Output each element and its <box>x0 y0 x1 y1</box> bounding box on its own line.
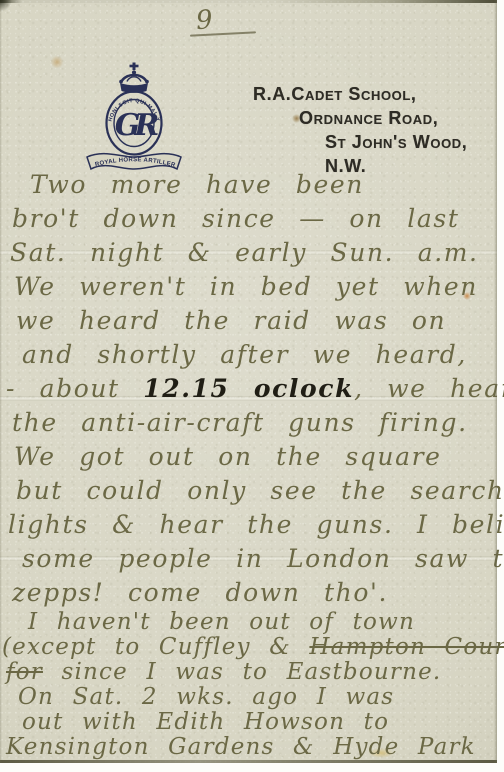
letter-text-segment: 12.15 oclock <box>143 374 354 403</box>
letter-line: bro't down since — on last <box>0 202 504 236</box>
letter-line: out with Edith Howson to <box>0 710 504 735</box>
letter-line: Kensington Gardens & Hyde Park <box>0 735 504 760</box>
letter-text-segment: out with Edith Howson to <box>22 709 389 735</box>
letter-text-segment: zepps! come down tho'. <box>12 578 388 607</box>
letter-paragraph: Two more have beenbro't down since — on … <box>0 168 504 610</box>
letter-text-segment: We got out on the square <box>14 442 442 471</box>
letter-line: zepps! come down tho'. <box>0 576 504 610</box>
stain-mark <box>50 56 64 68</box>
letter-line: lights & hear the guns. I believe <box>0 508 504 542</box>
letter-text-segment: On Sat. 2 wks. ago I was <box>18 684 394 710</box>
letter-paragraph: I haven't been out of town(except to Cuf… <box>0 610 504 760</box>
letter-text-segment: Sat. night & early Sun. a.m. <box>10 238 479 267</box>
letter-line: for since I was to Eastbourne. <box>0 660 504 685</box>
letter-line: (except to Cuffley & Hampton Court) <box>0 635 504 660</box>
letter-text-segment: lights & hear the guns. I believe <box>8 510 504 539</box>
letter-text-segment: some people in London saw the <box>22 544 504 573</box>
letter-line: - about 12.15 oclock, we heard <box>0 372 504 406</box>
letter-line: We got out on the square <box>0 440 504 474</box>
letter-text-segment: - about <box>6 374 143 403</box>
letter-text-segment: (except to Cuffley & <box>2 634 309 660</box>
letter-paper: 9 <box>0 0 497 763</box>
letter-line: On Sat. 2 wks. ago I was <box>0 685 504 710</box>
letter-text-segment: Hampton Court <box>309 634 504 660</box>
letter-text-segment: the anti-air-craft guns firing. <box>12 408 468 437</box>
crest-monogram: GR <box>115 108 159 143</box>
letter-line: we heard the raid was on <box>0 304 504 338</box>
scanned-letter-page: 9 <box>0 0 504 772</box>
letterhead-line: Ordnance Road, <box>299 106 493 130</box>
letter-text-segment: but could only see the search- <box>16 476 504 505</box>
letter-text-segment: and shortly after we heard, <box>22 340 467 369</box>
letter-text-segment: bro't down since — on last <box>12 204 459 233</box>
crown-icon <box>119 63 149 93</box>
letterhead: R.A.Cadet School, Ordnance Road, St John… <box>253 82 493 178</box>
letter-text-segment: We weren't in bed yet when <box>14 272 478 301</box>
letterhead-line: R.A.Cadet School, <box>253 82 493 106</box>
paper-edge <box>0 0 12 12</box>
regimental-crest-icon: HONI SOIT QUI MAL Y PENSE GR ROYAL HORSE… <box>84 62 184 176</box>
paper-edge <box>494 0 497 763</box>
paper-edge <box>0 0 2 763</box>
letter-text-segment: I haven't been out of town <box>28 609 415 635</box>
letter-body: Two more have beenbro't down since — on … <box>0 168 504 760</box>
letter-line: I haven't been out of town <box>0 610 504 635</box>
paper-edge <box>0 760 497 763</box>
letter-line: some people in London saw the <box>0 542 504 576</box>
letter-text-segment: Kensington Gardens & Hyde Park <box>6 734 476 760</box>
letter-line: and shortly after we heard, <box>0 338 504 372</box>
letter-line: but could only see the search- <box>0 474 504 508</box>
paper-edge <box>0 0 497 3</box>
letter-text-segment: Two more have been <box>30 170 364 199</box>
letter-line: We weren't in bed yet when <box>0 270 504 304</box>
letter-text-segment: , we heard <box>354 374 504 403</box>
letter-text-segment: since I was to Eastbourne. <box>43 659 441 685</box>
letter-line: Sat. night & early Sun. a.m. <box>0 236 504 270</box>
letter-line: the anti-air-craft guns firing. <box>0 406 504 440</box>
letter-text-segment: for <box>6 659 43 685</box>
letter-text-segment: we heard the raid was on <box>16 306 446 335</box>
letter-line: Two more have been <box>0 168 504 202</box>
